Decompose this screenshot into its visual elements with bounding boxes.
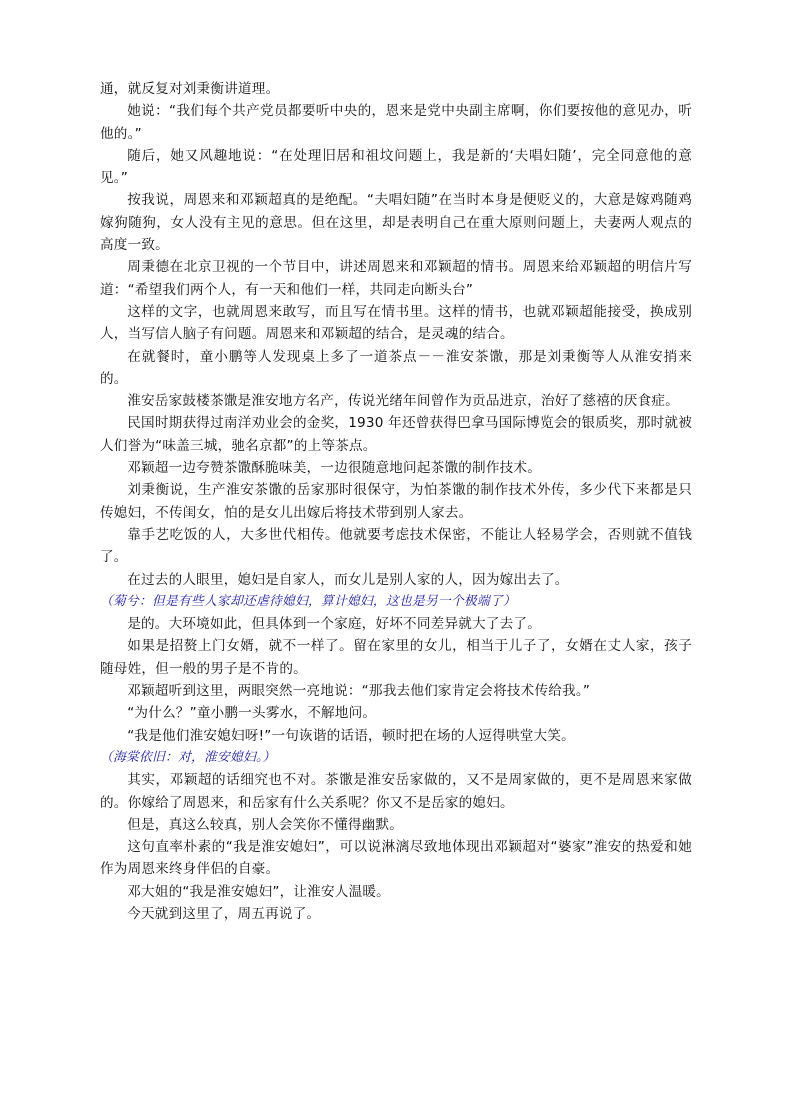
- paragraph: 周秉德在北京卫视的一个节目中，讲述周恩来和邓颖超的情书。周恩来给邓颖超的明信片写…: [100, 256, 692, 301]
- paragraph: 她说：“我们每个共产党员都要听中央的，恩来是党中央副主席啊，你们要按他的意见办，…: [100, 100, 692, 145]
- paragraph: 邓颖超听到这里，两眼突然一亮地说：“那我去他们家肯定会将技术传给我。”: [100, 680, 692, 702]
- paragraph: 民国时期获得过南洋劝业会的金奖，1930 年还曾获得巴拿马国际博览会的银质奖，那…: [100, 412, 692, 457]
- paragraph: 淮安岳家鼓楼茶馓是淮安地方名产，传说光绪年间曾作为贡品进京，治好了慈禧的厌食症。: [100, 390, 692, 412]
- paragraph: “我是他们淮安媳妇呀!”一句诙谐的话语，顿时把在场的人逗得哄堂大笑。: [100, 725, 692, 747]
- paragraph: 是的。大环境如此，但具体到一个家庭，好坏不同差异就大了去了。: [100, 613, 692, 635]
- reader-comment: （菊兮：但是有些人家却还虐待媳妇，算计媳妇，这也是另一个极端了）: [100, 591, 692, 613]
- paragraph: 随后，她又风趣地说：“在处理旧居和祖坟问题上，我是新的‘夫唱妇随’，完全同意他的…: [100, 145, 692, 190]
- paragraph: 这样的文字，也就周恩来敢写，而且写在情书里。这样的情书，也就邓颖超能接受，换成别…: [100, 301, 692, 346]
- paragraph: 在过去的人眼里，媳妇是自家人，而女儿是别人家的人，因为嫁出去了。: [100, 569, 692, 591]
- paragraph: 靠手艺吃饭的人，大多世代相传。他就要考虑技术保密，不能让人轻易学会，否则就不值钱…: [100, 524, 692, 569]
- paragraph: 如果是招赘上门女婿，就不一样了。留在家里的女儿，相当于儿子了，女婿在丈人家，孩子…: [100, 635, 692, 680]
- paragraph: 今天就到这里了，周五再说了。: [100, 903, 692, 925]
- paragraph: 但是，真这么较真，别人会笑你不懂得幽默。: [100, 814, 692, 836]
- paragraph: 按我说，周恩来和邓颖超真的是绝配。“夫唱妇随”在当时本身是便贬义的，大意是嫁鸡随…: [100, 189, 692, 256]
- paragraph: 这句直率朴素的“我是淮安媳妇”，可以说淋漓尽致地体现出邓颖超对“婆家”淮安的热爱…: [100, 836, 692, 881]
- paragraph: 邓颖超一边夸赞茶馓酥脆味美，一边很随意地问起茶馓的制作技术。: [100, 457, 692, 479]
- paragraph: “为什么？”童小鹏一头雾水，不解地问。: [100, 702, 692, 724]
- paragraph: 其实，邓颖超的话细究也不对。茶馓是淮安岳家做的，又不是周家做的，更不是周恩来家做…: [100, 769, 692, 814]
- paragraph: 在就餐时，童小鹏等人发现桌上多了一道茶点－－淮安茶馓，那是刘秉衡等人从淮安捎来的…: [100, 346, 692, 391]
- paragraph: 通，就反复对刘秉衡讲道理。: [100, 78, 692, 100]
- paragraph: 刘秉衡说，生产淮安茶馓的岳家那时很保守，为怕茶馓的制作技术外传，多少代下来都是只…: [100, 479, 692, 524]
- reader-comment: （海棠依旧：对，淮安媳妇。）: [100, 747, 692, 769]
- document-page: 通，就反复对刘秉衡讲道理。 她说：“我们每个共产党员都要听中央的，恩来是党中央副…: [100, 78, 692, 925]
- paragraph: 邓大姐的“我是淮安媳妇”，让淮安人温暖。: [100, 881, 692, 903]
